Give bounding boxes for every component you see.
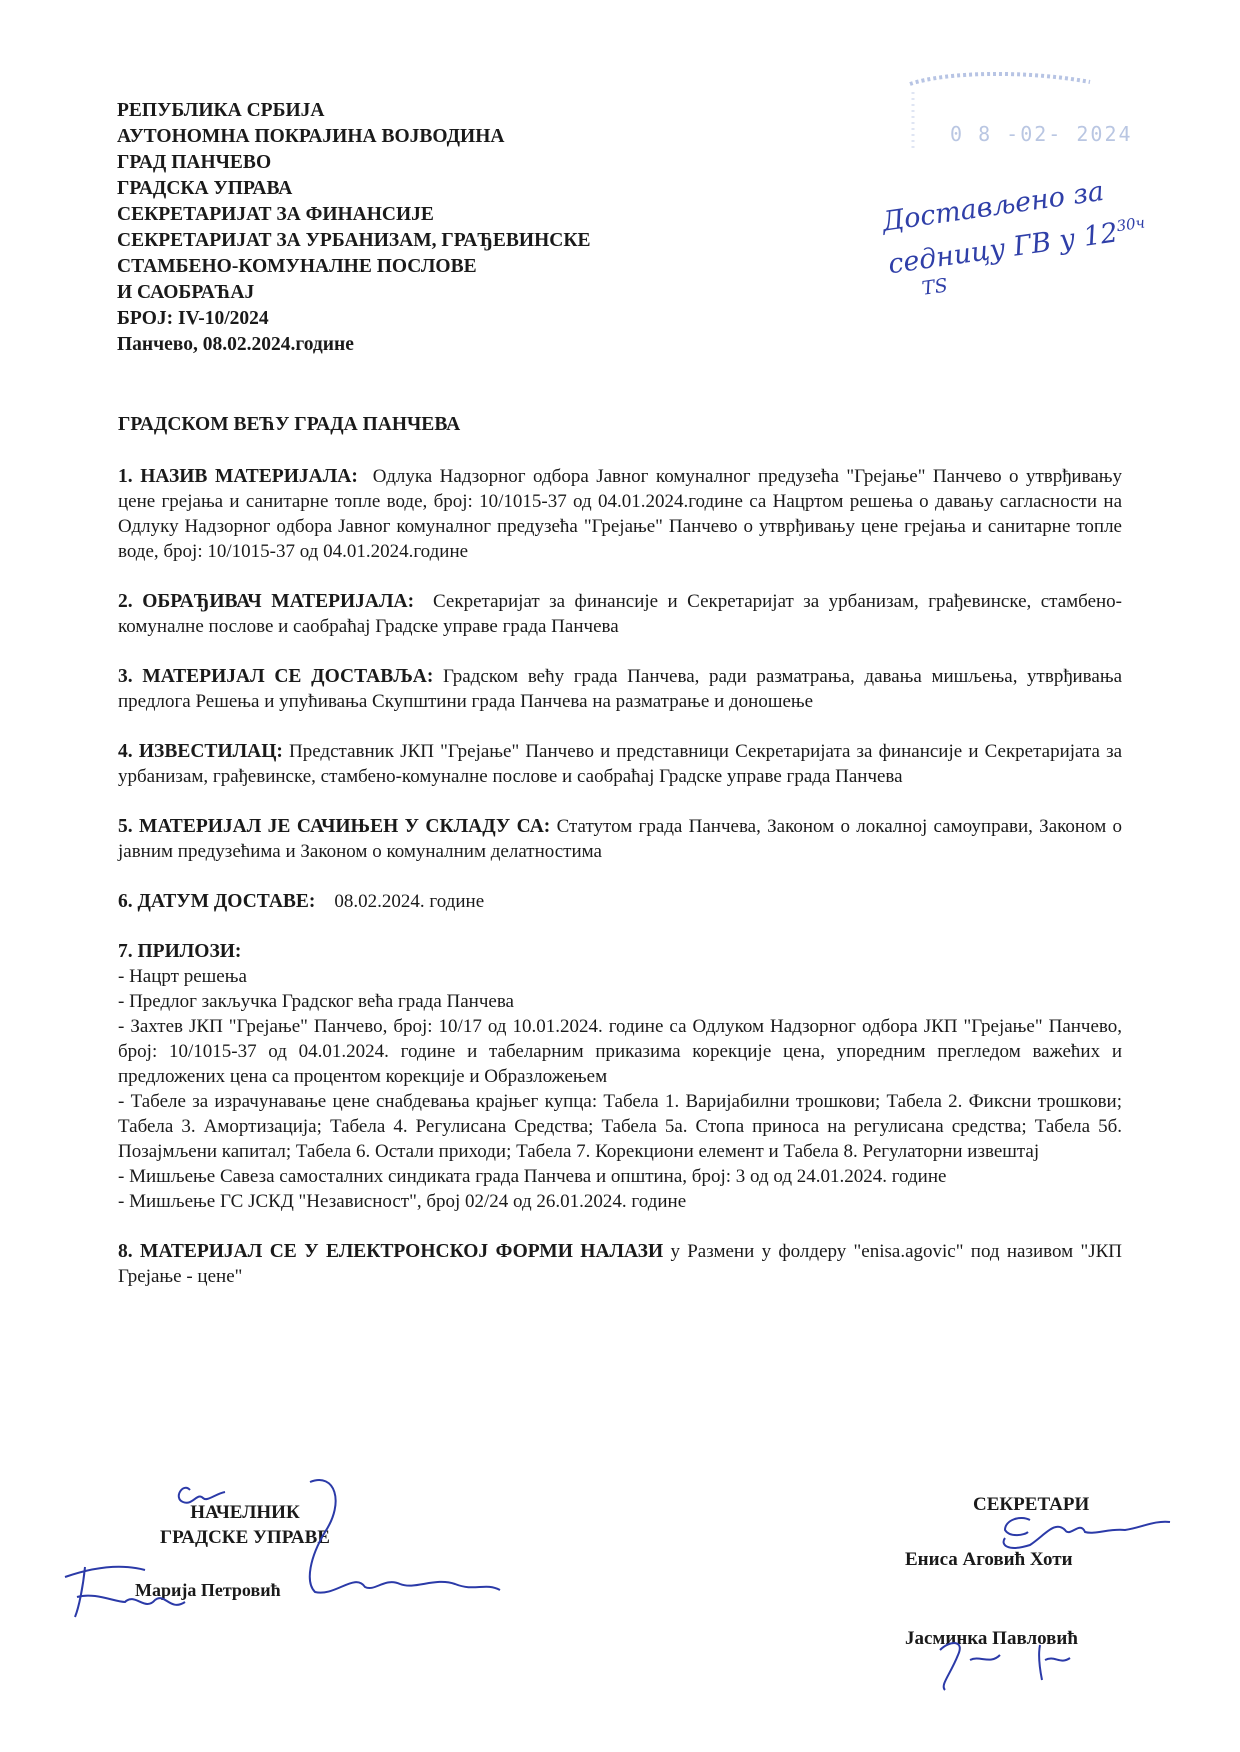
section-electronic-form: 8. МАТЕРИЈАЛ СЕ У ЕЛЕКТРОНСКОЈ ФОРМИ НАЛ… <box>118 1239 1122 1289</box>
attachment-item: - Мишљење ГС ЈСКД "Независност", број 02… <box>118 1189 1122 1214</box>
attachment-item: - Мишљење Савеза самосталних синдиката г… <box>118 1164 1122 1189</box>
stamp-date: 0 8 -02- 2024 <box>950 122 1133 146</box>
handwritten-signature-icon <box>880 1490 1180 1690</box>
attachments-section: 7. ПРИЛОЗИ: - Нацрт решења - Предлог зак… <box>118 939 1122 1214</box>
header-line-administration: ГРАДСКА УПРАВА <box>117 176 590 202</box>
section-label: 6. ДАТУМ ДОСТАВЕ: <box>118 891 315 912</box>
document-place-date: Панчево, 08.02.2024.године <box>117 332 590 358</box>
attachment-item: - Нацрт решења <box>118 964 1122 989</box>
addressee: ГРАДСКОМ ВЕЋУ ГРАДА ПАНЧЕВА <box>118 412 1122 437</box>
header-line-province: АУТОНОМНА ПОКРАЈИНА ВОЈВОДИНА <box>117 124 590 150</box>
section-material-name: 1. НАЗИВ МАТЕРИЈАЛА: Одлука Надзорног од… <box>118 464 1122 564</box>
document-body: ГРАДСКОМ ВЕЋУ ГРАДА ПАНЧЕВА 1. НАЗИВ МАТ… <box>118 412 1122 1314</box>
header-line-urban-secretariat-2: СТАМБЕНО-КОМУНАЛНЕ ПОСЛОВЕ <box>117 254 590 280</box>
header-line-urban-secretariat-3: И САОБРАЋАЈ <box>117 280 590 306</box>
section-label: 4. ИЗВЕСТИЛАЦ: <box>118 741 283 762</box>
handwritten-signature-icon <box>55 1472 535 1612</box>
section-reporter: 4. ИЗВЕСТИЛАЦ: Представник ЈКП "Грејање"… <box>118 739 1122 789</box>
header-line-urban-secretariat: СЕКРЕТАРИЈАТ ЗА УРБАНИЗАМ, ГРАЂЕВИНСКЕ <box>117 228 590 254</box>
attachments-label: 7. ПРИЛОЗИ: <box>118 939 1122 964</box>
section-material-author: 2. ОБРАЂИВАЧ МАТЕРИЈАЛА: Секретаријат за… <box>118 589 1122 639</box>
header-line-city: ГРАД ПАНЧЕВО <box>117 150 590 176</box>
section-text: 08.02.2024. године <box>334 891 484 912</box>
section-material-delivered-to: 3. МАТЕРИЈАЛ СЕ ДОСТАВЉА: Градском већу … <box>118 664 1122 714</box>
header-line-finance-secretariat: СЕКРЕТАРИЈАТ ЗА ФИНАНСИЈЕ <box>117 202 590 228</box>
document-page: РЕПУБЛИКА СРБИЈА АУТОНОМНА ПОКРАЈИНА ВОЈ… <box>0 0 1240 1752</box>
document-header: РЕПУБЛИКА СРБИЈА АУТОНОМНА ПОКРАЈИНА ВОЈ… <box>117 98 590 358</box>
attachment-item: - Захтев ЈКП "Грејање" Панчево, број: 10… <box>118 1014 1122 1089</box>
section-label: 8. МАТЕРИЈАЛ СЕ У ЕЛЕКТРОНСКОЈ ФОРМИ НАЛ… <box>118 1241 663 1262</box>
handwritten-note: Достављено за седницу ГВ у 1230ч ТS <box>880 169 1151 303</box>
attachment-item: - Табеле за израчунавање цене снабдевања… <box>118 1089 1122 1164</box>
handwritten-note-time: 30ч <box>1115 213 1146 235</box>
section-delivery-date: 6. ДАТУМ ДОСТАВЕ: 08.02.2024. године <box>118 889 1122 914</box>
section-label: 2. ОБРАЂИВАЧ МАТЕРИЈАЛА: <box>118 591 414 612</box>
section-label: 5. МАТЕРИЈАЛ ЈЕ САЧИЊЕН У СКЛАДУ СА: <box>118 816 550 837</box>
document-number: БРОЈ: IV-10/2024 <box>117 306 590 332</box>
header-line-country: РЕПУБЛИКА СРБИЈА <box>117 98 590 124</box>
section-legal-basis: 5. МАТЕРИЈАЛ ЈЕ САЧИЊЕН У СКЛАДУ СА: Ста… <box>118 814 1122 864</box>
attachment-item: - Предлог закључка Градског већа града П… <box>118 989 1122 1014</box>
section-label: 3. МАТЕРИЈАЛ СЕ ДОСТАВЉА: <box>118 666 433 687</box>
section-label: 1. НАЗИВ МАТЕРИЈАЛА: <box>118 466 358 487</box>
